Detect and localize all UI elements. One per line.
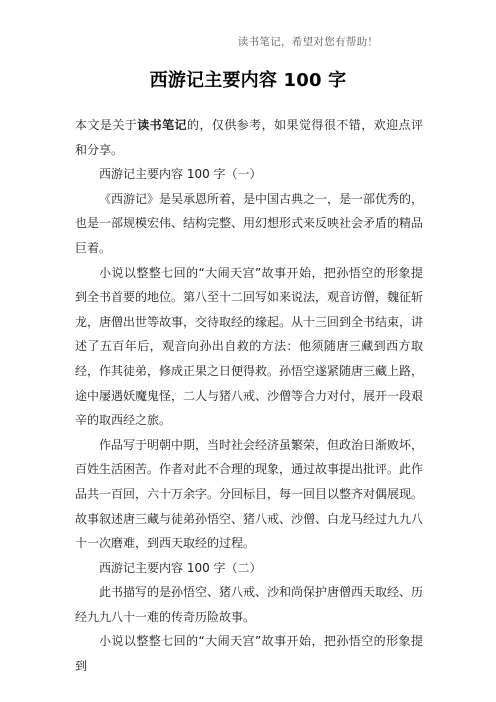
- intro-bold-keyword: 读书笔记: [137, 118, 187, 132]
- body-paragraph: 《西游记》是吴承恩所着，是中国古典之一，是一部优秀的，也是一部规模宏伟、结构完整…: [75, 187, 423, 261]
- body-paragraph: 小说以整整七回的“大闹天宫”故事开始，把孙悟空的形象提到: [75, 629, 423, 678]
- page-header: 读书笔记，希望对您有帮助！: [0, 34, 496, 49]
- section-heading-2: 西游记主要内容 100 字（二）: [75, 556, 423, 581]
- body-paragraph: 小说以整整七回的“大闹天宫”故事开始，把孙悟空的形象提到全书首要的地位。第八至十…: [75, 261, 423, 433]
- section-heading-1: 西游记主要内容 100 字（一）: [75, 162, 423, 187]
- document-title: 西游记主要内容 100 字: [0, 66, 496, 92]
- body-paragraph: 作品写于明朝中期，当时社会经济虽繁荣，但政治日渐败坏，百姓生活困苦。作者对此不合…: [75, 433, 423, 556]
- intro-prefix: 本文是关于: [75, 118, 137, 132]
- document-body: 本文是关于读书笔记的，仅供参考，如果觉得很不错，欢迎点评和分享。 西游记主要内容…: [75, 113, 423, 679]
- intro-paragraph: 本文是关于读书笔记的，仅供参考，如果觉得很不错，欢迎点评和分享。: [75, 113, 423, 162]
- body-paragraph: 此书描写的是孙悟空、猪八戒、沙和尚保护唐僧西天取经、历经九九八十一难的传奇历险故…: [75, 580, 423, 629]
